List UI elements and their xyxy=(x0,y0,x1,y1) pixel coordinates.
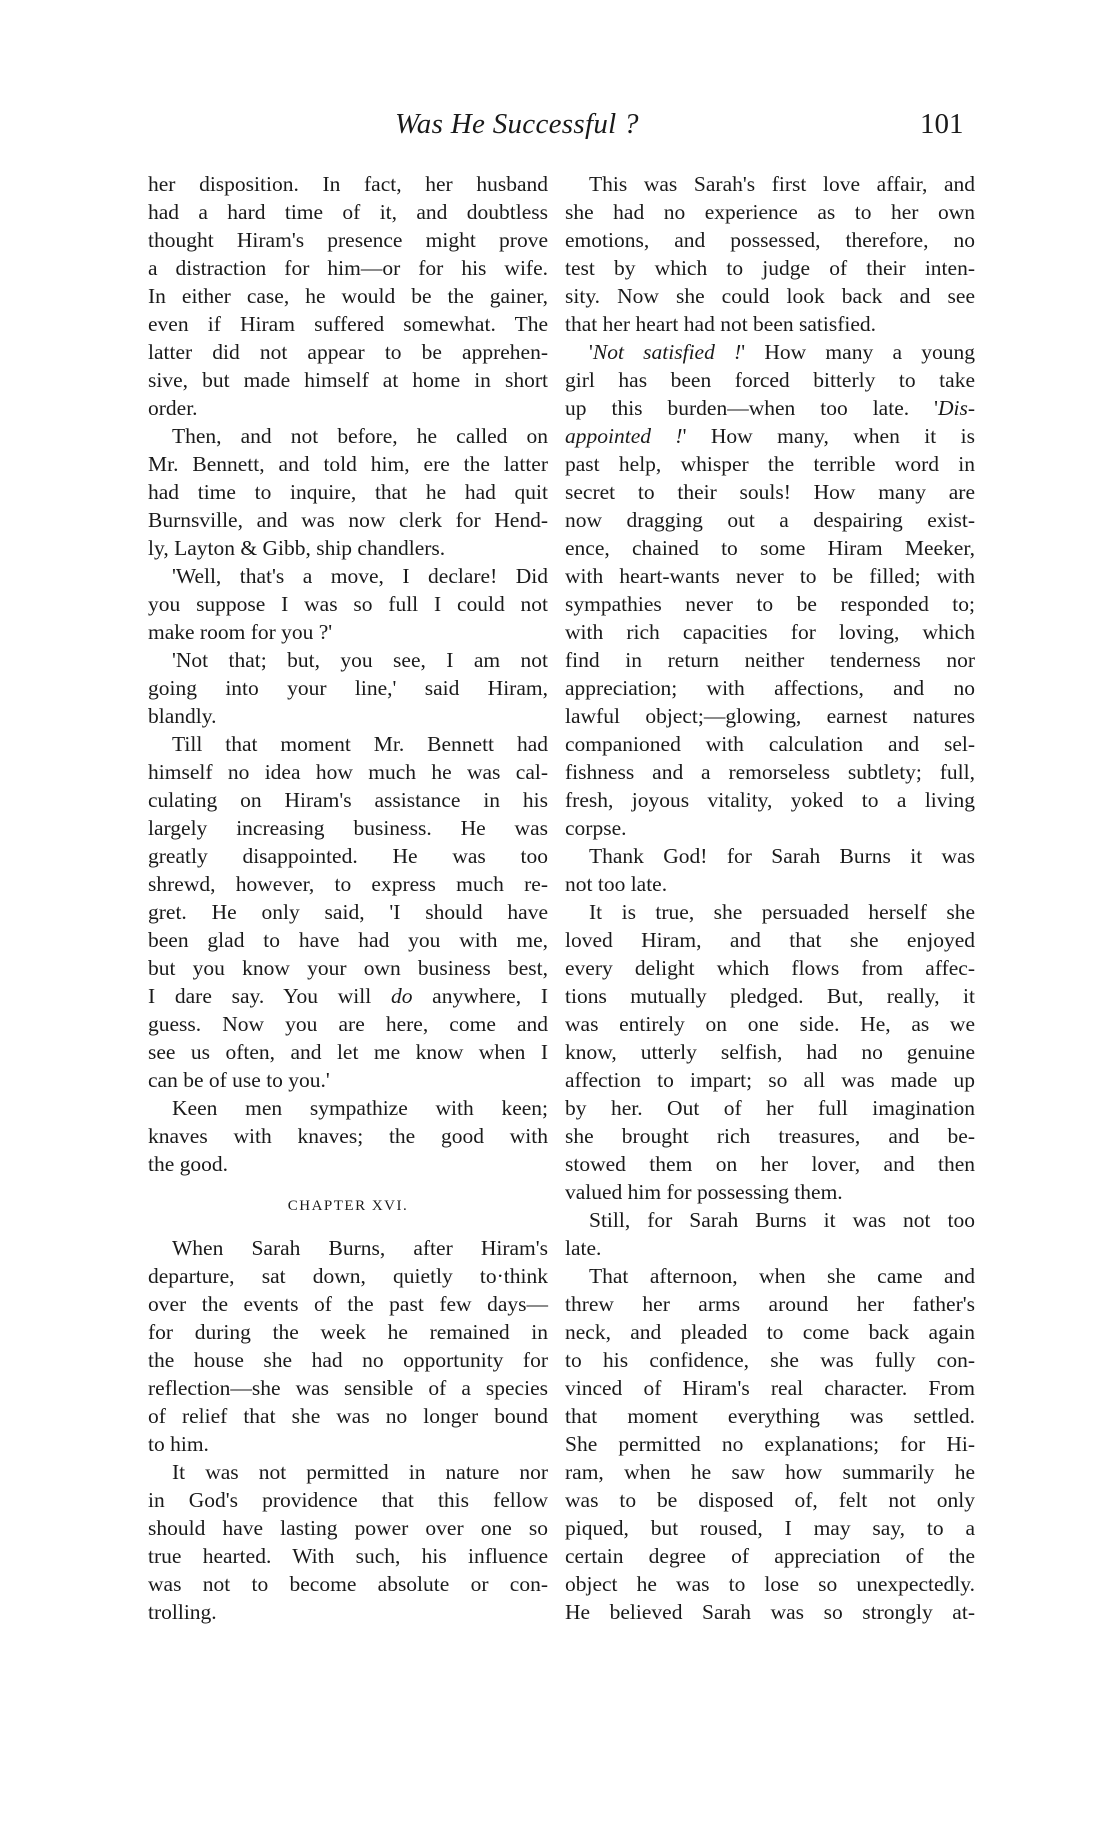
text-line: When Sarah Burns, after Hiram's xyxy=(148,1234,548,1262)
text-line: over the events of the past few days— xyxy=(148,1290,548,1318)
text-line: up this burden—when too late. 'Dis- xyxy=(565,394,975,422)
text-line: 'Well, that's a move, I declare! Did xyxy=(148,562,548,590)
text-line: lawful object;—glowing, earnest natures xyxy=(565,702,975,730)
text-line: been glad to have had you with me, xyxy=(148,926,548,954)
text-fragment: ' How many, when it is xyxy=(683,424,975,448)
text-line: in God's providence that this fellow xyxy=(148,1486,548,1514)
running-head: Was He Successful ? 101 xyxy=(0,108,1120,148)
text-fragment: up this burden—when too late. ' xyxy=(565,396,938,420)
text-line: that her heart had not been satisfied. xyxy=(565,310,975,338)
text-line: order. xyxy=(148,394,548,422)
right-column: This was Sarah's first love affair, ands… xyxy=(565,170,975,1626)
text-line: she had no experience as to her own xyxy=(565,198,975,226)
italic-emphasis: Not satisfied ! xyxy=(593,340,741,364)
text-line: Still, for Sarah Burns it was not too xyxy=(565,1206,975,1234)
text-line: companioned with calculation and sel- xyxy=(565,730,975,758)
text-line: She permitted no explanations; for Hi- xyxy=(565,1430,975,1458)
italic-emphasis: do xyxy=(391,984,413,1008)
text-line: blandly. xyxy=(148,702,548,730)
text-line: piqued, but roused, I may say, to a xyxy=(565,1514,975,1542)
text-line: see us often, and let me know when I xyxy=(148,1038,548,1066)
text-line: certain degree of appreciation of the xyxy=(565,1542,975,1570)
text-line: true hearted. With such, his influence xyxy=(148,1542,548,1570)
text-line: to his confidence, she was fully con- xyxy=(565,1346,975,1374)
text-line: largely increasing business. He was xyxy=(148,814,548,842)
text-line: That afternoon, when she came and xyxy=(565,1262,975,1290)
text-line: tions mutually pledged. But, really, it xyxy=(565,982,975,1010)
text-line: late. xyxy=(565,1234,975,1262)
text-line: to him. xyxy=(148,1430,548,1458)
text-line: going into your line,' said Hiram, xyxy=(148,674,548,702)
text-line: her disposition. In fact, her husband xyxy=(148,170,548,198)
text-line: latter did not appear to be apprehen- xyxy=(148,338,548,366)
text-line: had time to inquire, that he had quit xyxy=(148,478,548,506)
text-line: was not to become absolute or con- xyxy=(148,1570,548,1598)
text-line: the house she had no opportunity for xyxy=(148,1346,548,1374)
text-line: she brought rich treasures, and be- xyxy=(565,1122,975,1150)
text-line: It was not permitted in nature nor xyxy=(148,1458,548,1486)
text-line: neck, and pleaded to come back again xyxy=(565,1318,975,1346)
left-column: her disposition. In fact, her husbandhad… xyxy=(148,170,548,1626)
text-line: sympathies never to be responded to; xyxy=(565,590,975,618)
text-line: now dragging out a despairing exist- xyxy=(565,506,975,534)
text-line: threw her arms around her father's xyxy=(565,1290,975,1318)
text-line: sive, but made himself at home in short xyxy=(148,366,548,394)
text-line: with rich capacities for loving, which xyxy=(565,618,975,646)
text-line: can be of use to you.' xyxy=(148,1066,548,1094)
text-line: was entirely on one side. He, as we xyxy=(565,1010,975,1038)
text-line: that moment everything was settled. xyxy=(565,1402,975,1430)
text-line: valued him for possessing them. xyxy=(565,1178,975,1206)
text-line: fishness and a remorseless subtlety; ful… xyxy=(565,758,975,786)
text-line: 'Not satisfied !' How many a young xyxy=(565,338,975,366)
text-line: with heart-wants never to be filled; wit… xyxy=(565,562,975,590)
text-line: even if Hiram suffered somewhat. The xyxy=(148,310,548,338)
italic-emphasis: appointed ! xyxy=(565,424,683,448)
running-title: Was He Successful ? xyxy=(395,108,639,141)
text-line: Thank God! for Sarah Burns it was xyxy=(565,842,975,870)
text-line: affection to impart; so all was made up xyxy=(565,1066,975,1094)
text-line: ly, Layton & Gibb, ship chandlers. xyxy=(148,534,548,562)
text-line: He believed Sarah was so strongly at- xyxy=(565,1598,975,1626)
text-line: every delight which flows from affec- xyxy=(565,954,975,982)
text-line: vinced of Hiram's real character. From xyxy=(565,1374,975,1402)
text-line: himself no idea how much he was cal- xyxy=(148,758,548,786)
text-line: departure, sat down, quietly to·think xyxy=(148,1262,548,1290)
text-line: This was Sarah's first love affair, and xyxy=(565,170,975,198)
page-number: 101 xyxy=(920,108,964,141)
text-line: ram, when he saw how summarily he xyxy=(565,1458,975,1486)
text-line: fresh, joyous vitality, yoked to a livin… xyxy=(565,786,975,814)
text-line: make room for you ?' xyxy=(148,618,548,646)
text-line: of relief that she was no longer bound xyxy=(148,1402,548,1430)
text-line: knaves with knaves; the good with xyxy=(148,1122,548,1150)
text-fragment: anywhere, I xyxy=(412,984,548,1008)
text-line: by her. Out of her full imagination xyxy=(565,1094,975,1122)
text-line: reflection—she was sensible of a species xyxy=(148,1374,548,1402)
text-line: Keen men sympathize with keen; xyxy=(148,1094,548,1122)
text-line: for during the week he remained in xyxy=(148,1318,548,1346)
text-line: Till that moment Mr. Bennett had xyxy=(148,730,548,758)
text-line: emotions, and possessed, therefore, no xyxy=(565,226,975,254)
text-line: trolling. xyxy=(148,1598,548,1626)
text-line: gret. He only said, 'I should have xyxy=(148,898,548,926)
text-line: girl has been forced bitterly to take xyxy=(565,366,975,394)
text-line: Then, and not before, he called on xyxy=(148,422,548,450)
italic-emphasis: Dis- xyxy=(938,396,975,420)
text-line: know, utterly selfish, had no genuine xyxy=(565,1038,975,1066)
text-line: It is true, she persuaded herself she xyxy=(565,898,975,926)
text-line: Mr. Bennett, and told him, ere the latte… xyxy=(148,450,548,478)
text-line: you suppose I was so full I could not xyxy=(148,590,548,618)
text-line: was to be disposed of, felt not only xyxy=(565,1486,975,1514)
text-line: stowed them on her lover, and then xyxy=(565,1150,975,1178)
text-line: should have lasting power over one so xyxy=(148,1514,548,1542)
text-line: the good. xyxy=(148,1150,548,1178)
text-fragment: ' How many a young xyxy=(741,340,975,364)
text-line: corpse. xyxy=(565,814,975,842)
text-line: find in return neither tenderness nor xyxy=(565,646,975,674)
book-page: Was He Successful ? 101 her disposition.… xyxy=(0,0,1120,1825)
text-line: In either case, he would be the gainer, xyxy=(148,282,548,310)
text-line: past help, whisper the terrible word in xyxy=(565,450,975,478)
text-line: guess. Now you are here, come and xyxy=(148,1010,548,1038)
text-line: 'Not that; but, you see, I am not xyxy=(148,646,548,674)
text-line: ence, chained to some Hiram Meeker, xyxy=(565,534,975,562)
text-line: appointed !' How many, when it is xyxy=(565,422,975,450)
text-line: shrewd, however, to express much re- xyxy=(148,870,548,898)
text-line: object he was to lose so unexpectedly. xyxy=(565,1570,975,1598)
text-line: sity. Now she could look back and see xyxy=(565,282,975,310)
text-line: appreciation; with affections, and no xyxy=(565,674,975,702)
text-line: culating on Hiram's assistance in his xyxy=(148,786,548,814)
text-line: secret to their souls! How many are xyxy=(565,478,975,506)
text-line: had a hard time of it, and doubtless xyxy=(148,198,548,226)
text-line: greatly disappointed. He was too xyxy=(148,842,548,870)
text-line: I dare say. You will do anywhere, I xyxy=(148,982,548,1010)
text-line: thought Hiram's presence might prove xyxy=(148,226,548,254)
chapter-heading: CHAPTER XVI. xyxy=(148,1192,548,1220)
text-line: not too late. xyxy=(565,870,975,898)
text-line: Burnsville, and was now clerk for Hend- xyxy=(148,506,548,534)
text-line: but you know your own business best, xyxy=(148,954,548,982)
text-fragment: I dare say. You will xyxy=(148,984,391,1008)
text-line: loved Hiram, and that she enjoyed xyxy=(565,926,975,954)
text-line: a distraction for him—or for his wife. xyxy=(148,254,548,282)
text-line: test by which to judge of their inten- xyxy=(565,254,975,282)
